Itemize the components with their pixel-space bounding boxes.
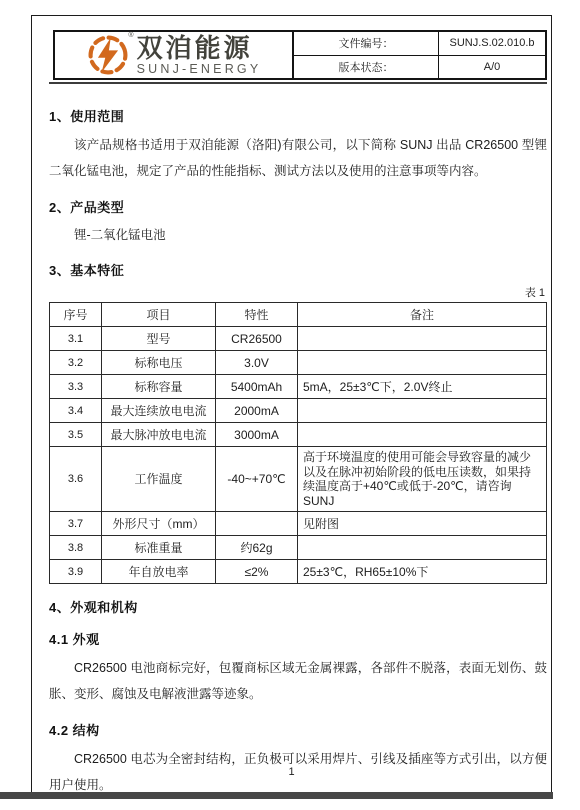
table-row: 3.6 工作温度 -40~+70℃ 高于环境温度的使用可能会导致容量的减少以及在…	[50, 447, 547, 512]
version-status-row: 版本状态： A/0	[294, 55, 545, 79]
table-cell	[298, 536, 547, 560]
table-cell: 3.4	[50, 399, 102, 423]
registered-trademark-icon: ®	[128, 32, 133, 39]
table-row: 3.7 外形尺寸（mm） 见附图	[50, 512, 547, 536]
header-cell-item: 项目	[102, 303, 216, 327]
section-2-heading: 2、产品类型	[49, 197, 547, 216]
table-row: 3.9 年自放电率 ≤2% 25±3℃，RH65±10%下	[50, 560, 547, 584]
table-cell	[298, 327, 547, 351]
table-header-row: 序号 项目 特性 备注	[50, 303, 547, 327]
document-number-value: SUNJ.S.02.010.b	[439, 32, 545, 55]
document-page: ® 双洎能源 SUNJ-ENERGY 文件编号： SUNJ.S.02.010.b…	[31, 15, 552, 794]
company-logo: ® 双洎能源 SUNJ-ENERGY	[55, 32, 294, 78]
header-cell-note: 备注	[298, 303, 547, 327]
brand-name-english: SUNJ-ENERGY	[137, 63, 262, 76]
table-cell: 年自放电率	[102, 560, 216, 584]
table-cell: 3.3	[50, 375, 102, 399]
page-bottom-edge	[0, 792, 553, 799]
table-cell: 最大脉冲放电电流	[102, 423, 216, 447]
table-cell: 3.1	[50, 327, 102, 351]
brand-name-chinese: 双洎能源	[137, 35, 262, 61]
header-cell-seq: 序号	[50, 303, 102, 327]
section-2-paragraph: 锂-二氧化锰电池	[49, 223, 547, 247]
table-cell: 高于环境温度的使用可能会导致容量的减少以及在脉冲初始阶段的低电压读数，如果持续温…	[298, 447, 547, 512]
section-4-2-heading: 4.2 结构	[49, 720, 547, 739]
table-cell: CR26500	[216, 327, 298, 351]
document-body: 1、使用范围 该产品规格书适用于双洎能源（洛阳)有限公司，以下简称 SUNJ 出…	[49, 93, 547, 798]
table-cell: 25±3℃，RH65±10%下	[298, 560, 547, 584]
table-row: 3.5 最大脉冲放电电流 3000mA	[50, 423, 547, 447]
section-4-1-heading: 4.1 外观	[49, 629, 547, 648]
table-cell: 标称电压	[102, 351, 216, 375]
document-number-label: 文件编号：	[294, 32, 439, 55]
table-cell: 3000mA	[216, 423, 298, 447]
table-cell: 工作温度	[102, 447, 216, 512]
table-cell: 5400mAh	[216, 375, 298, 399]
table-cell: 型号	[102, 327, 216, 351]
section-4-1-paragraph: CR26500 电池商标完好，包覆商标区域无金属裸露，各部件不脱落，表面无划伤、…	[49, 655, 547, 707]
table-cell: 3.8	[50, 536, 102, 560]
table-cell: 约62g	[216, 536, 298, 560]
table-cell: 3.0V	[216, 351, 298, 375]
section-1-paragraph: 该产品规格书适用于双洎能源（洛阳)有限公司，以下简称 SUNJ 出品 CR265…	[49, 132, 547, 184]
table-cell: 5mA，25±3℃下，2.0V终止	[298, 375, 547, 399]
table-row: 3.4 最大连续放电电流 2000mA	[50, 399, 547, 423]
table-cell: ≤2%	[216, 560, 298, 584]
document-info-table: 文件编号： SUNJ.S.02.010.b 版本状态： A/0	[294, 32, 545, 78]
section-3-heading: 3、基本特征	[49, 260, 547, 279]
header-cell-spec: 特性	[216, 303, 298, 327]
table-row: 3.3 标称容量 5400mAh 5mA，25±3℃下，2.0V终止	[50, 375, 547, 399]
version-status-label: 版本状态：	[294, 56, 439, 79]
table-cell: 3.7	[50, 512, 102, 536]
section-1-heading: 1、使用范围	[49, 106, 547, 125]
table-cell: -40~+70℃	[216, 447, 298, 512]
table-cell	[298, 399, 547, 423]
table-cell: 外形尺寸（mm）	[102, 512, 216, 536]
header-divider	[49, 82, 547, 84]
table-cell: 见附图	[298, 512, 547, 536]
page-number: 1	[32, 766, 551, 778]
table-row: 3.8 标准重量 约62g	[50, 536, 547, 560]
spec-table: 序号 项目 特性 备注 3.1 型号 CR26500 3.2 标称电压 3.0V…	[49, 302, 547, 584]
brand-name-block: 双洎能源 SUNJ-ENERGY	[137, 35, 262, 76]
document-header: ® 双洎能源 SUNJ-ENERGY 文件编号： SUNJ.S.02.010.b…	[53, 30, 547, 80]
table-cell	[298, 351, 547, 375]
table-cell	[216, 512, 298, 536]
table-cell: 3.6	[50, 447, 102, 512]
section-4-heading: 4、外观和机构	[49, 597, 547, 616]
lightning-bolt-circle-icon: ®	[86, 33, 130, 77]
table-cell: 最大连续放电电流	[102, 399, 216, 423]
table-cell: 标称容量	[102, 375, 216, 399]
table-cell	[298, 423, 547, 447]
table-cell: 3.2	[50, 351, 102, 375]
version-status-value: A/0	[439, 56, 545, 79]
table-cell: 3.9	[50, 560, 102, 584]
document-number-row: 文件编号： SUNJ.S.02.010.b	[294, 32, 545, 55]
table-cell: 标准重量	[102, 536, 216, 560]
table-row: 3.2 标称电压 3.0V	[50, 351, 547, 375]
table-row: 3.1 型号 CR26500	[50, 327, 547, 351]
table-caption: 表 1	[49, 284, 545, 300]
table-cell: 2000mA	[216, 399, 298, 423]
table-cell: 3.5	[50, 423, 102, 447]
